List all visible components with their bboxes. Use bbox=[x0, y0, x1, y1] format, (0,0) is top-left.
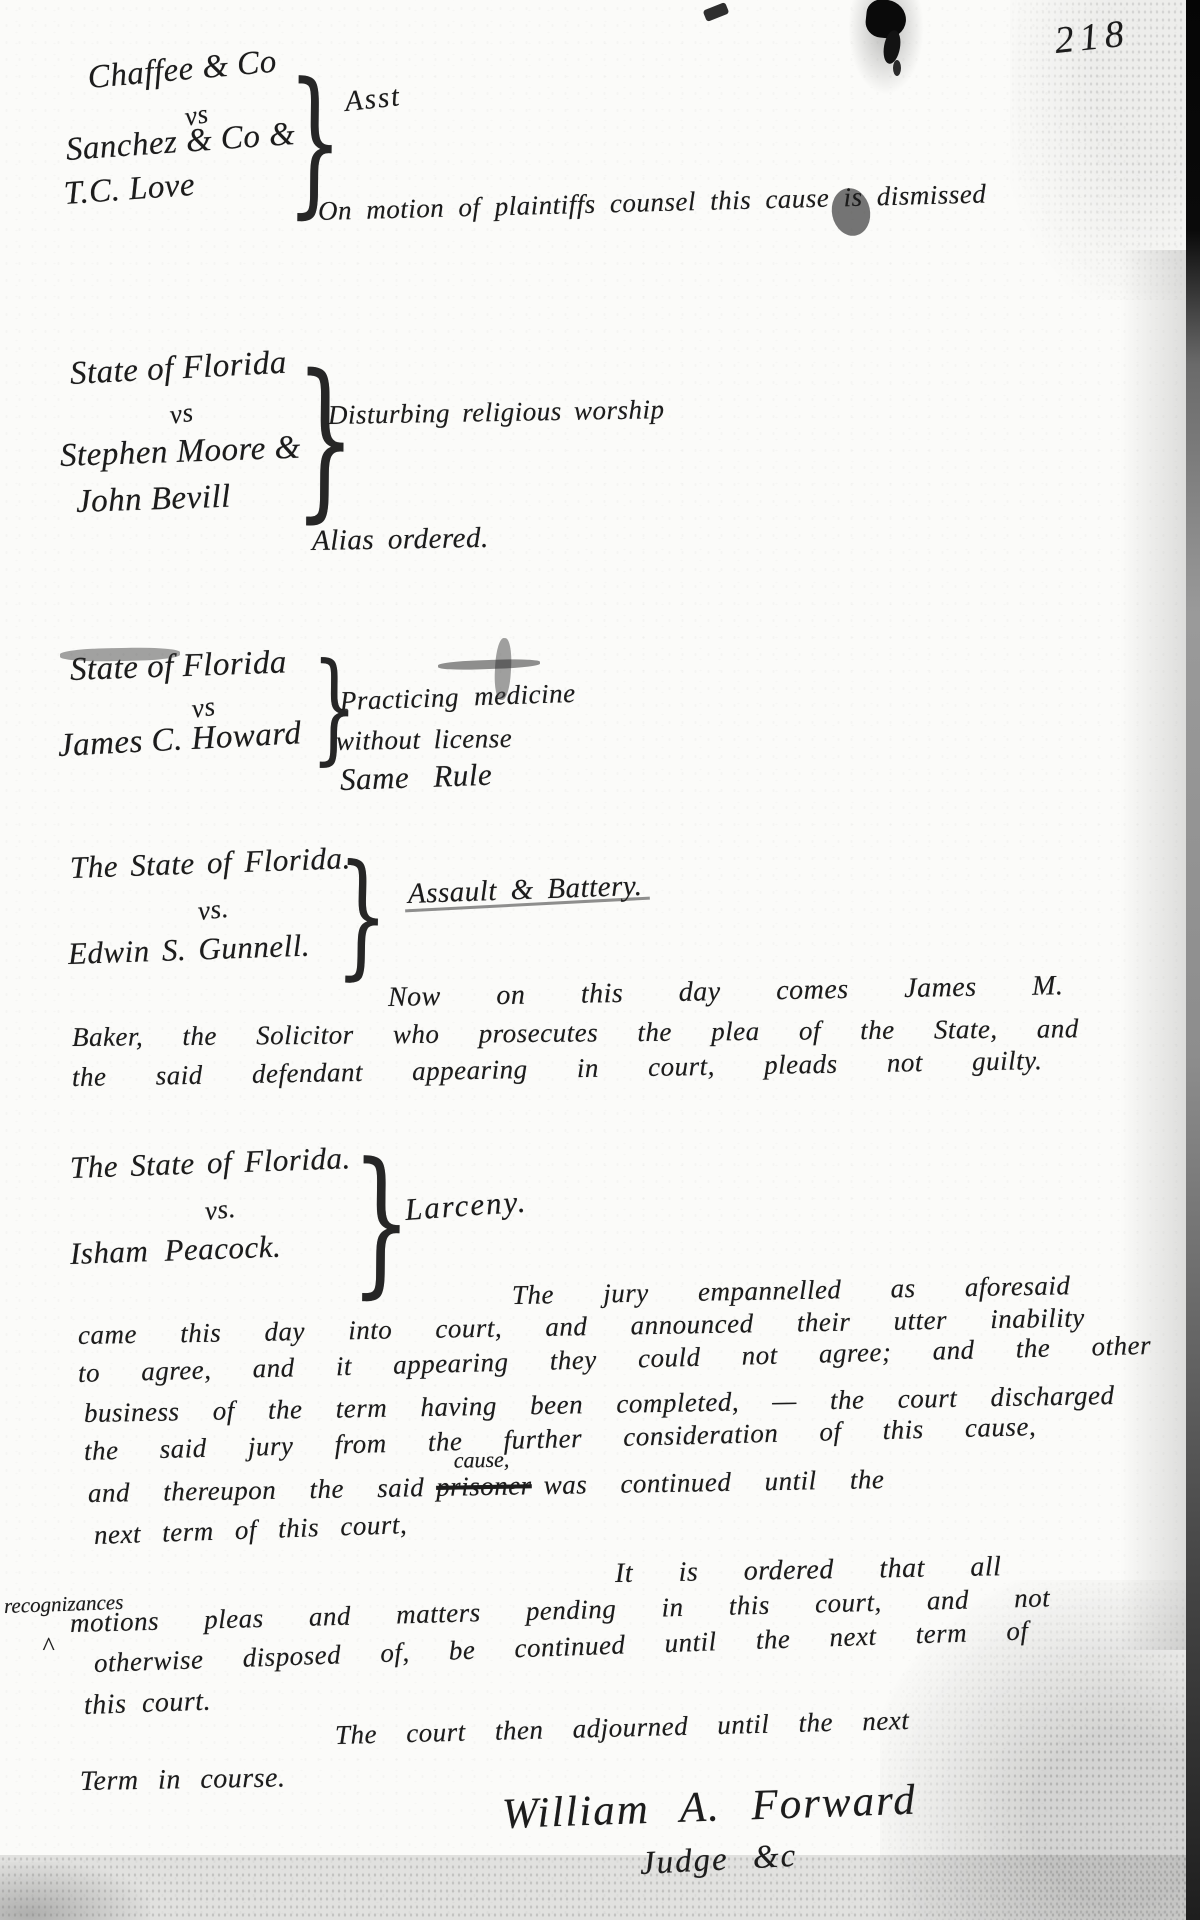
closing-order-line-4: this court. bbox=[83, 1686, 211, 1723]
case-3-charge-line-1: Practicing medicine bbox=[339, 678, 576, 717]
case-2-versus: vs bbox=[168, 397, 196, 431]
case-5-inserted-word: cause, bbox=[453, 1447, 509, 1473]
case-5-correction: cause,prisoner bbox=[436, 1470, 532, 1503]
case-5-versus: vs. bbox=[203, 1193, 237, 1227]
case-4-versus: vs. bbox=[196, 893, 230, 927]
closing-caret: ^ bbox=[42, 1632, 53, 1662]
case-1-body-line-1: On motion of plaintiffs counsel this cau… bbox=[318, 179, 987, 228]
case-5-brace: } bbox=[350, 1142, 412, 1302]
adjournment-line-2: Term in course. bbox=[80, 1762, 286, 1798]
ink-blot-drip bbox=[893, 60, 901, 76]
case-3-plaintiff: State of Florida bbox=[69, 644, 287, 689]
case-5-body-line-6: and thereupon the saidcause,prisonerwas … bbox=[88, 1464, 885, 1509]
case-3-defendant-1: James C. Howard bbox=[57, 715, 302, 766]
case-1-defendant-2: T.C. Love bbox=[63, 167, 197, 214]
case-2-defendant-1: Stephen Moore & bbox=[59, 430, 301, 476]
case-4-brace: } bbox=[335, 846, 389, 984]
case-5-body-line-6-suffix: was continued until the bbox=[543, 1464, 884, 1500]
ink-blot bbox=[864, 0, 908, 40]
case-2-brace: } bbox=[294, 352, 356, 526]
case-4-defendant-1: Edwin S. Gunnell. bbox=[67, 928, 310, 972]
case-2-body-line-1: Alias ordered. bbox=[312, 522, 489, 558]
case-3-charge-line-2: without license bbox=[336, 723, 513, 757]
small-ink-mark bbox=[703, 2, 730, 22]
case-2-plaintiff: State of Florida bbox=[69, 345, 288, 394]
case-4-charge: Assault & Battery. bbox=[407, 870, 642, 912]
case-1-plaintiff: Chaffee & Co bbox=[86, 44, 278, 98]
bottom-left-corner-shade bbox=[0, 1862, 150, 1920]
case-4-body-line-1: Now on this day comes James M. bbox=[388, 970, 1064, 1014]
case-1-charge: Asst bbox=[343, 80, 403, 119]
case-5-body-line-6-prefix: and thereupon the said bbox=[88, 1472, 425, 1508]
binding-edge bbox=[1186, 0, 1200, 1920]
adjournment-line-1: The court then adjourned until the next bbox=[335, 1705, 910, 1751]
page-number: 218 bbox=[1053, 12, 1132, 63]
case-4-body-line-3: the said defendant appearing in court, p… bbox=[72, 1045, 1043, 1093]
case-2-defendant-2: John Bevill bbox=[75, 479, 231, 522]
right-margin-shade bbox=[1120, 250, 1200, 1650]
smudge-case3-strike bbox=[438, 658, 540, 671]
case-5-plaintiff: The State of Florida. bbox=[69, 1140, 351, 1185]
scanned-court-record-page: 218 Chaffee & Co vs Sanchez & Co & T.C. … bbox=[0, 0, 1200, 1920]
case-1-defendant-1: Sanchez & Co & bbox=[65, 116, 297, 170]
ink-blot-halo bbox=[848, 0, 924, 95]
case-2-charge: Disturbing religious worship bbox=[328, 394, 665, 431]
case-5-body-line-7: next term of this court, bbox=[93, 1509, 407, 1551]
judge-signature-title: Judge &c bbox=[639, 1838, 798, 1884]
bottom-edge-shade bbox=[0, 1855, 1200, 1920]
case-5-charge: Larceny. bbox=[404, 1183, 529, 1227]
case-3-body-line-1: Same Rule bbox=[339, 757, 492, 798]
case-4-plaintiff: The State of Florida. bbox=[69, 840, 351, 885]
judge-signature: William A. Forward bbox=[501, 1776, 917, 1840]
case-5-defendant-1: Isham Peacock. bbox=[69, 1229, 281, 1272]
case-5-struck-word: prisoner bbox=[436, 1470, 532, 1502]
ink-blot-tail bbox=[881, 29, 903, 65]
